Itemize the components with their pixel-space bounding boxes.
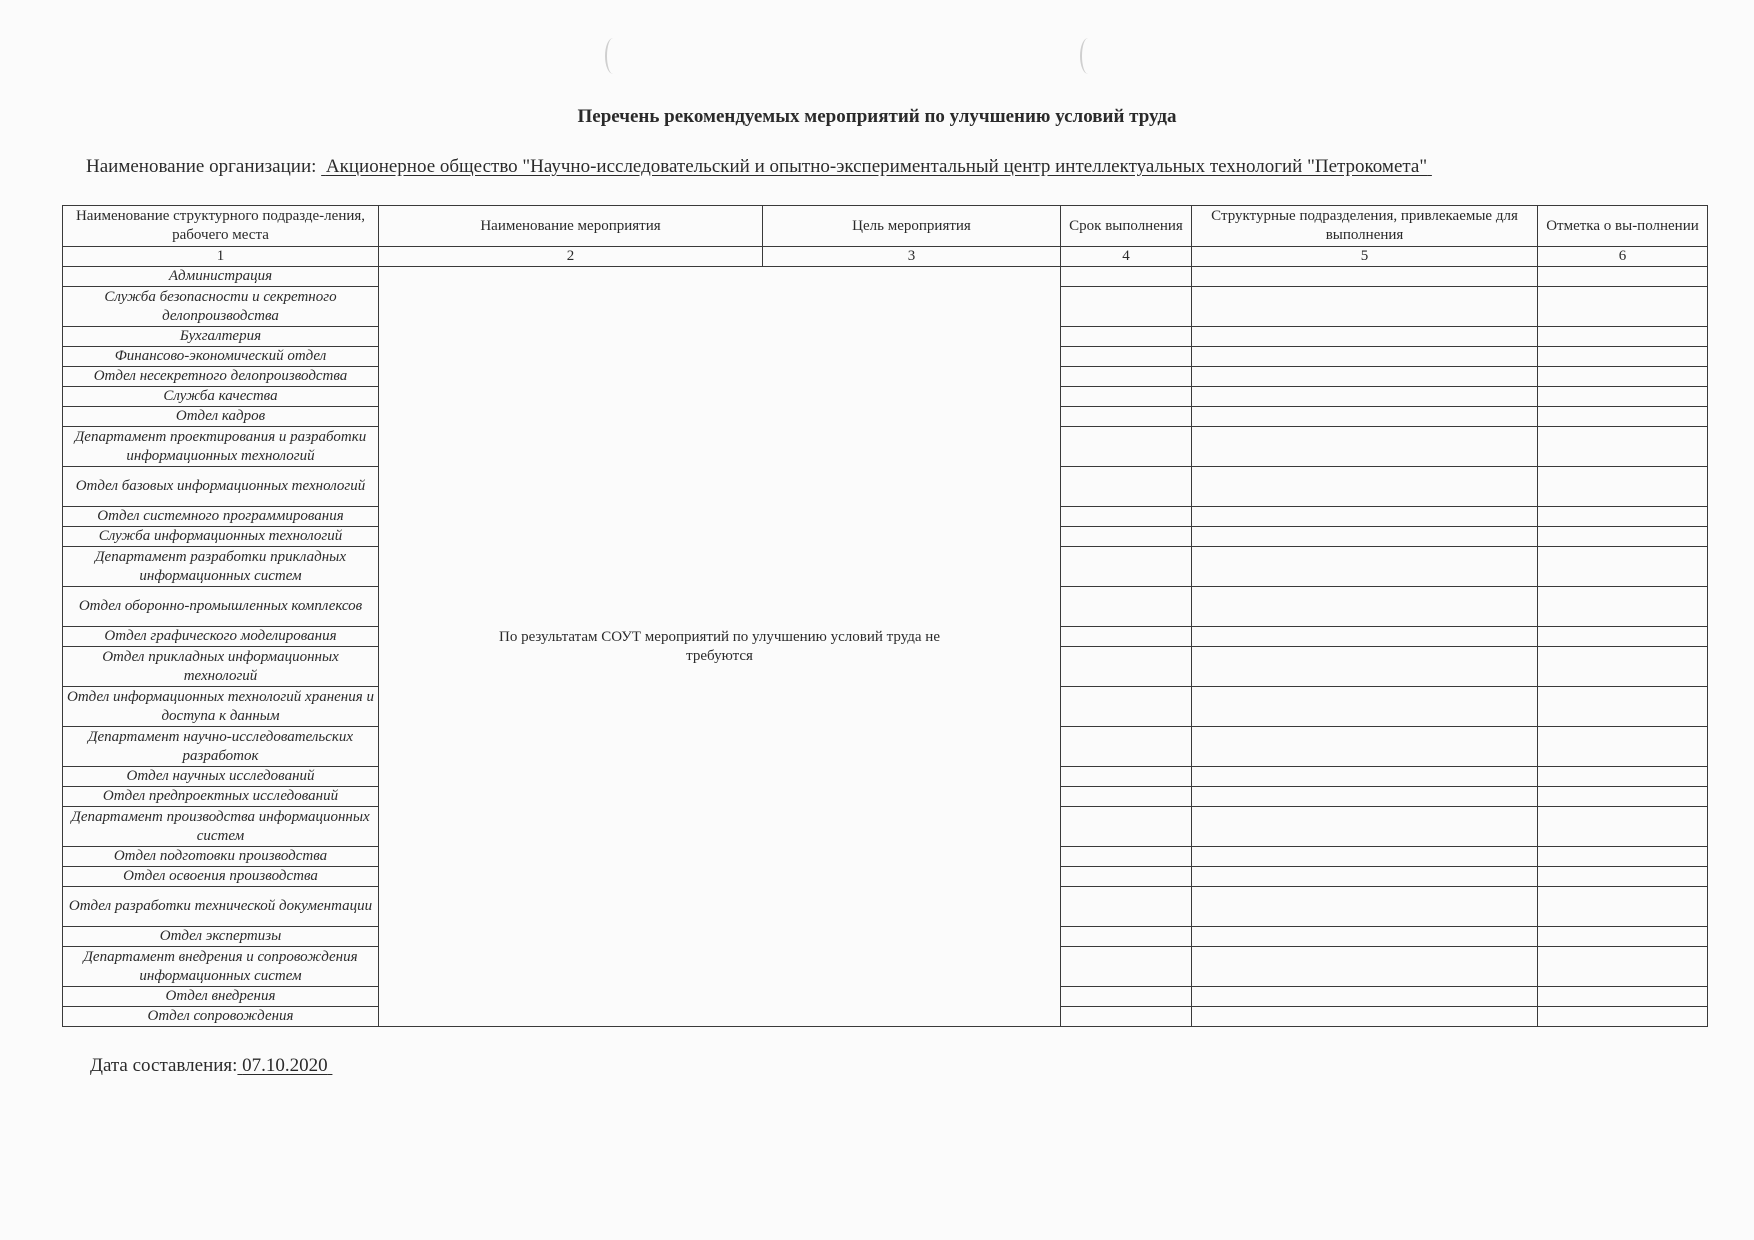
responsible-units-cell <box>1192 347 1538 367</box>
department-name: Отдел несекретного делопроизводства <box>63 367 379 387</box>
responsible-units-cell <box>1192 767 1538 787</box>
responsible-units-cell <box>1192 647 1538 687</box>
completion-mark-cell <box>1538 767 1708 787</box>
deadline-cell <box>1061 807 1192 847</box>
completion-mark-cell <box>1538 407 1708 427</box>
deadline-cell <box>1061 887 1192 927</box>
department-name: Отдел информационных технологий хранения… <box>63 687 379 727</box>
completion-mark-cell <box>1538 267 1708 287</box>
deadline-cell <box>1061 767 1192 787</box>
header-row: Наименование структурного подразде-ления… <box>63 206 1708 247</box>
completion-mark-cell <box>1538 347 1708 367</box>
responsible-units-cell <box>1192 727 1538 767</box>
column-number-row: 123456 <box>63 247 1708 267</box>
responsible-units-cell <box>1192 887 1538 927</box>
responsible-units-cell <box>1192 507 1538 527</box>
deadline-cell <box>1061 627 1192 647</box>
completion-mark-cell <box>1538 527 1708 547</box>
department-name: Отдел системного программирования <box>63 507 379 527</box>
completion-mark-cell <box>1538 467 1708 507</box>
date-line: Дата составления: 07.10.2020 <box>90 1055 332 1077</box>
department-name: Отдел подготовки производства <box>63 847 379 867</box>
department-name: Отдел предпроектных исследований <box>63 787 379 807</box>
column-header-3: Цель мероприятия <box>763 206 1061 247</box>
deadline-cell <box>1061 467 1192 507</box>
completion-mark-cell <box>1538 287 1708 327</box>
table-body: АдминистрацияПо результатам СОУТ меропри… <box>63 267 1708 1027</box>
responsible-units-cell <box>1192 787 1538 807</box>
department-name: Финансово-экономический отдел <box>63 347 379 367</box>
department-name: Отдел сопровождения <box>63 1007 379 1027</box>
column-number-5: 5 <box>1192 247 1538 267</box>
responsible-units-cell <box>1192 867 1538 887</box>
department-name: Служба информационных технологий <box>63 527 379 547</box>
responsible-units-cell <box>1192 267 1538 287</box>
responsible-units-cell <box>1192 327 1538 347</box>
responsible-units-cell <box>1192 527 1538 547</box>
department-name: Отдел разработки технической документаци… <box>63 887 379 927</box>
completion-mark-cell <box>1538 587 1708 627</box>
merged-measures-note: По результатам СОУТ мероприятий по улучш… <box>379 267 1061 1027</box>
responsible-units-cell <box>1192 287 1538 327</box>
responsible-units-cell <box>1192 1007 1538 1027</box>
completion-mark-cell <box>1538 787 1708 807</box>
responsible-units-cell <box>1192 927 1538 947</box>
completion-mark-cell <box>1538 627 1708 647</box>
deadline-cell <box>1061 987 1192 1007</box>
responsible-units-cell <box>1192 587 1538 627</box>
column-header-1: Наименование структурного подразде-ления… <box>63 206 379 247</box>
column-header-2: Наименование мероприятия <box>379 206 763 247</box>
department-name: Департамент внедрения и сопровождения ин… <box>63 947 379 987</box>
department-name: Отдел внедрения <box>63 987 379 1007</box>
punch-hole-mark <box>1080 38 1096 74</box>
completion-mark-cell <box>1538 947 1708 987</box>
responsible-units-cell <box>1192 687 1538 727</box>
responsible-units-cell <box>1192 987 1538 1007</box>
deadline-cell <box>1061 727 1192 767</box>
column-number-6: 6 <box>1538 247 1708 267</box>
deadline-cell <box>1061 587 1192 627</box>
department-name: Отдел кадров <box>63 407 379 427</box>
responsible-units-cell <box>1192 947 1538 987</box>
responsible-units-cell <box>1192 367 1538 387</box>
column-number-2: 2 <box>379 247 763 267</box>
completion-mark-cell <box>1538 507 1708 527</box>
deadline-cell <box>1061 787 1192 807</box>
completion-mark-cell <box>1538 887 1708 927</box>
department-name: Департамент научно-исследовательских раз… <box>63 727 379 767</box>
completion-mark-cell <box>1538 687 1708 727</box>
deadline-cell <box>1061 367 1192 387</box>
column-header-4: Срок выполнения <box>1061 206 1192 247</box>
department-name: Отдел графического моделирования <box>63 627 379 647</box>
punch-hole-mark <box>605 38 621 74</box>
deadline-cell <box>1061 847 1192 867</box>
column-number-1: 1 <box>63 247 379 267</box>
column-header-5: Структурные подразделения, привлекаемые … <box>1192 206 1538 247</box>
completion-mark-cell <box>1538 867 1708 887</box>
department-name: Департамент разработки прикладных информ… <box>63 547 379 587</box>
responsible-units-cell <box>1192 807 1538 847</box>
department-name: Отдел прикладных информационных технолог… <box>63 647 379 687</box>
department-name: Служба качества <box>63 387 379 407</box>
responsible-units-cell <box>1192 407 1538 427</box>
deadline-cell <box>1061 347 1192 367</box>
department-name: Администрация <box>63 267 379 287</box>
completion-mark-cell <box>1538 1007 1708 1027</box>
completion-mark-cell <box>1538 847 1708 867</box>
deadline-cell <box>1061 387 1192 407</box>
organization-name: Акционерное общество "Научно-исследовате… <box>321 156 1432 177</box>
department-name: Отдел экспертизы <box>63 927 379 947</box>
deadline-cell <box>1061 647 1192 687</box>
deadline-cell <box>1061 867 1192 887</box>
completion-mark-cell <box>1538 987 1708 1007</box>
deadline-cell <box>1061 947 1192 987</box>
date-label: Дата составления: <box>90 1055 237 1076</box>
department-name: Бухгалтерия <box>63 327 379 347</box>
completion-mark-cell <box>1538 727 1708 767</box>
deadline-cell <box>1061 547 1192 587</box>
completion-mark-cell <box>1538 387 1708 407</box>
organization-line: Наименование организации: Акционерное об… <box>86 156 1432 178</box>
completion-mark-cell <box>1538 327 1708 347</box>
completion-mark-cell <box>1538 807 1708 847</box>
deadline-cell <box>1061 1007 1192 1027</box>
department-name: Отдел освоения производства <box>63 867 379 887</box>
organization-label: Наименование организации: <box>86 156 316 177</box>
department-name: Отдел базовых информационных технологий <box>63 467 379 507</box>
date-value: 07.10.2020 <box>237 1055 332 1076</box>
responsible-units-cell <box>1192 467 1538 507</box>
completion-mark-cell <box>1538 647 1708 687</box>
column-number-3: 3 <box>763 247 1061 267</box>
deadline-cell <box>1061 687 1192 727</box>
responsible-units-cell <box>1192 387 1538 407</box>
responsible-units-cell <box>1192 627 1538 647</box>
document-title: Перечень рекомендуемых мероприятий по ул… <box>0 106 1754 128</box>
responsible-units-cell <box>1192 427 1538 467</box>
deadline-cell <box>1061 427 1192 467</box>
deadline-cell <box>1061 527 1192 547</box>
deadline-cell <box>1061 287 1192 327</box>
measures-table: Наименование структурного подразде-ления… <box>62 205 1708 1027</box>
deadline-cell <box>1061 927 1192 947</box>
completion-mark-cell <box>1538 427 1708 467</box>
deadline-cell <box>1061 507 1192 527</box>
completion-mark-cell <box>1538 367 1708 387</box>
department-name: Департамент проектирования и разработки … <box>63 427 379 467</box>
completion-mark-cell <box>1538 927 1708 947</box>
department-name: Отдел научных исследований <box>63 767 379 787</box>
responsible-units-cell <box>1192 847 1538 867</box>
department-name: Департамент производства информационных … <box>63 807 379 847</box>
completion-mark-cell <box>1538 547 1708 587</box>
deadline-cell <box>1061 267 1192 287</box>
department-name: Отдел оборонно-промышленных комплексов <box>63 587 379 627</box>
column-number-4: 4 <box>1061 247 1192 267</box>
table-row: АдминистрацияПо результатам СОУТ меропри… <box>63 267 1708 287</box>
department-name: Служба безопасности и секретного делопро… <box>63 287 379 327</box>
deadline-cell <box>1061 407 1192 427</box>
responsible-units-cell <box>1192 547 1538 587</box>
column-header-6: Отметка о вы-полнении <box>1538 206 1708 247</box>
deadline-cell <box>1061 327 1192 347</box>
